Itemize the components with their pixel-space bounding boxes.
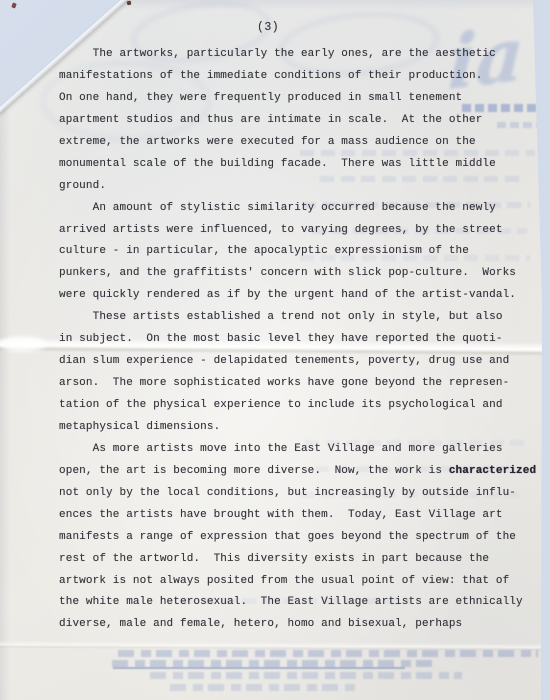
text-line: These artists established a trend not on… [59,307,545,329]
text-line: manifestations of the immediate conditio… [59,66,545,88]
paper-sheet: ia (3) The artworks, particularly the ea… [0,0,550,700]
text-line: tation of the physical experience to inc… [59,395,545,417]
paper-crease-highlight [0,336,46,352]
text-line: ground. [59,176,545,198]
text-line: the white male heterosexual. The East Vi… [59,592,545,614]
paper-crease-bottom [0,641,550,652]
typed-text-body: The artworks, particularly the early one… [59,44,545,636]
text-line: On one hand, they were frequently produc… [59,88,545,110]
text-line: punkers, and the graffitists' concern wi… [59,263,545,285]
text-line: As more artists move into the East Villa… [59,439,545,461]
text-line: The artworks, particularly the early one… [59,44,545,66]
scanned-page: ia (3) The artworks, particularly the ea… [0,0,550,700]
text-line: An amount of stylistic similarity occurr… [59,198,545,220]
bleedthrough-line [150,672,462,679]
text-line: metaphysical dimensions. [59,417,545,439]
ink-speck [127,1,132,6]
text-line: not only by the local conditions, but in… [59,483,545,505]
text-line: monumental scale of the building facade.… [59,154,545,176]
text-line: artwork is not always posited from the u… [59,571,545,593]
text-line: manifests a range of expression that goe… [59,527,545,549]
text-line: dian slum experience - delapidated tenem… [59,351,545,373]
bleedthrough-line [112,660,432,667]
text-line: arson. The more sophisticated works have… [59,373,545,395]
text-line: diverse, male and female, hetero, homo a… [59,614,545,636]
text-line: open, the art is becoming more diverse. … [59,461,545,483]
overstruck-word: characterized [449,465,536,477]
bleedthrough-underline [113,667,405,669]
text-line: arrived artists were influenced, to vary… [59,220,545,242]
text-line: were quickly rendered as if by the urgen… [59,285,545,307]
page-number: (3) [257,21,279,34]
text-line: rest of the artworld. This diversity exi… [59,549,545,571]
text-line: extreme, the artworks were executed for … [59,132,545,154]
text-line: ences the artists have brought with them… [59,505,545,527]
text-line: culture - in particular, the apocalyptic… [59,241,545,263]
text-line: apartment studios and thus are intimate … [59,110,545,132]
bleedthrough-line [170,684,355,691]
text-line: in subject. On the most basic level they… [59,329,545,351]
